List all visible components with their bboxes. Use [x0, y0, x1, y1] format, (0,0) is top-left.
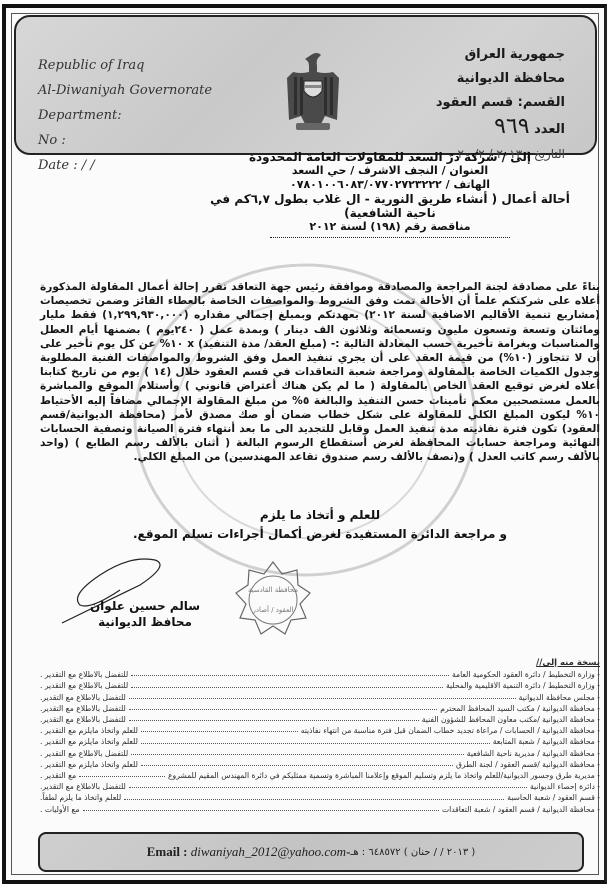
recipient-address: العنوان / النجف الاشرف / حي السعد	[200, 164, 580, 178]
recipient-phone: الهاتف / ٠٧٨٠١٠٠٦٠٨٣/٠٧٧٠٢٧٢٣٢٢٢	[200, 178, 580, 192]
copy-item: - محافظة الديوانية / مكتب السيد المحافظ …	[40, 703, 600, 714]
letterhead-panel: Republic of Iraq Al-Diwaniyah Governorat…	[14, 15, 597, 155]
recipient-block: إلى / شركة درّ السعد للمقاولات العامة ال…	[200, 150, 580, 238]
recipient-company: إلى / شركة درّ السعد للمقاولات العامة ال…	[200, 150, 580, 164]
letter-body: بناءً على مصادقة لجنة المراجعة والمصادقة…	[40, 280, 600, 465]
letterhead-english: Republic of Iraq Al-Diwaniyah Governorat…	[38, 53, 212, 178]
official-seal-icon: محافظة القادسية العقود / أصادر	[234, 560, 312, 640]
email-label: Email :	[147, 844, 188, 860]
copies-title: نسخة منه إلى//	[40, 658, 600, 669]
copy-item: - مديرية طرق وجسور الديوانية/للعلم واتخا…	[40, 770, 600, 781]
copy-item: - وزارة التخطيط / دائرة العقود الحكومية …	[40, 669, 600, 680]
footer-phone-ar: ( ٢٠١٣ / / حنان ) ٦٤٨٥٧٢ : هـ	[350, 847, 475, 858]
department-ar: القسم: قسم العقود	[436, 91, 565, 115]
tender-number: مناقصة رقم (١٩٨) لسنة ٢٠١٢	[200, 220, 580, 234]
number-ar: العدد ٩٦٩	[436, 115, 565, 142]
svg-text:محافظة القادسية: محافظة القادسية	[248, 586, 298, 594]
governorate-en: Al-Diwaniyah Governorate	[38, 78, 212, 103]
number-value: ٩٦٩	[494, 114, 529, 139]
copy-item: - محافظة الديوانية / قسم العقود / شعبة ا…	[40, 804, 600, 815]
copy-item: - محافظة الديوانية / الحسابات / مراعاة ت…	[40, 725, 600, 736]
svg-text:العقود / أصادر: العقود / أصادر	[251, 605, 293, 614]
dotted-divider	[270, 235, 510, 238]
country-ar: جمهورية العراق	[436, 43, 565, 67]
iraq-eagle-emblem-icon	[278, 49, 348, 135]
closing-block: للعلم و أتخاذ ما يلزم و مراجعة الدائرة ا…	[40, 506, 600, 544]
country-en: Republic of Iraq	[38, 53, 212, 78]
copy-item: - قسم العقود / شعبة الحاسبةللعلم واتخاذ …	[40, 792, 600, 803]
signature-block: سالم حسين علوان محافظ الديوانية	[75, 598, 215, 630]
copy-item: - محافظة الديوانية /مكتب معاون المحافظ ل…	[40, 714, 600, 725]
copy-item: - محافظة الديوانية /قسم العقود / لجنة ال…	[40, 759, 600, 770]
signatory-name: سالم حسين علوان	[75, 598, 215, 614]
email-address: diwaniyah_2012@yahoo.com	[191, 844, 346, 860]
copy-item: - محافظة الديوانية / مديرية ناحية الشافع…	[40, 748, 600, 759]
number-label: العدد	[534, 122, 565, 137]
copy-item: - دائرة إحصاء الديوانيةللتفضل بالاطلاع م…	[40, 781, 600, 792]
governorate-ar: محافظة الديوانية	[436, 67, 565, 91]
closing-line-1: للعلم و أتخاذ ما يلزم	[40, 506, 600, 525]
number-en: No :	[38, 128, 212, 153]
footer-contact-panel: Email : diwaniyah_2012@yahoo.com - ( ٢٠١…	[38, 832, 584, 872]
closing-line-2: و مراجعة الدائرة المستفيدة لغرض أكمال أج…	[40, 525, 600, 544]
copy-item: - مجلس محافظة الديوانيةللتفضل بالاطلاع م…	[40, 692, 600, 703]
copy-item: - وزارة التخطيط / دائرة التنمية الاقليمي…	[40, 680, 600, 691]
date-en: Date : / /	[38, 153, 212, 178]
copy-item: - محافظة الديوانية / شعبة المتابعةللعلم …	[40, 736, 600, 747]
department-en: Department:	[38, 103, 212, 128]
letterhead-arabic: جمهورية العراق محافظة الديوانية القسم: ق…	[436, 43, 565, 166]
copies-list: نسخة منه إلى// - وزارة التخطيط / دائرة ا…	[40, 658, 600, 815]
signatory-title: محافظ الديوانية	[75, 614, 215, 630]
subject-line: أحالة أعمال ( أنشاء طريق النورية - ال غل…	[200, 192, 580, 220]
